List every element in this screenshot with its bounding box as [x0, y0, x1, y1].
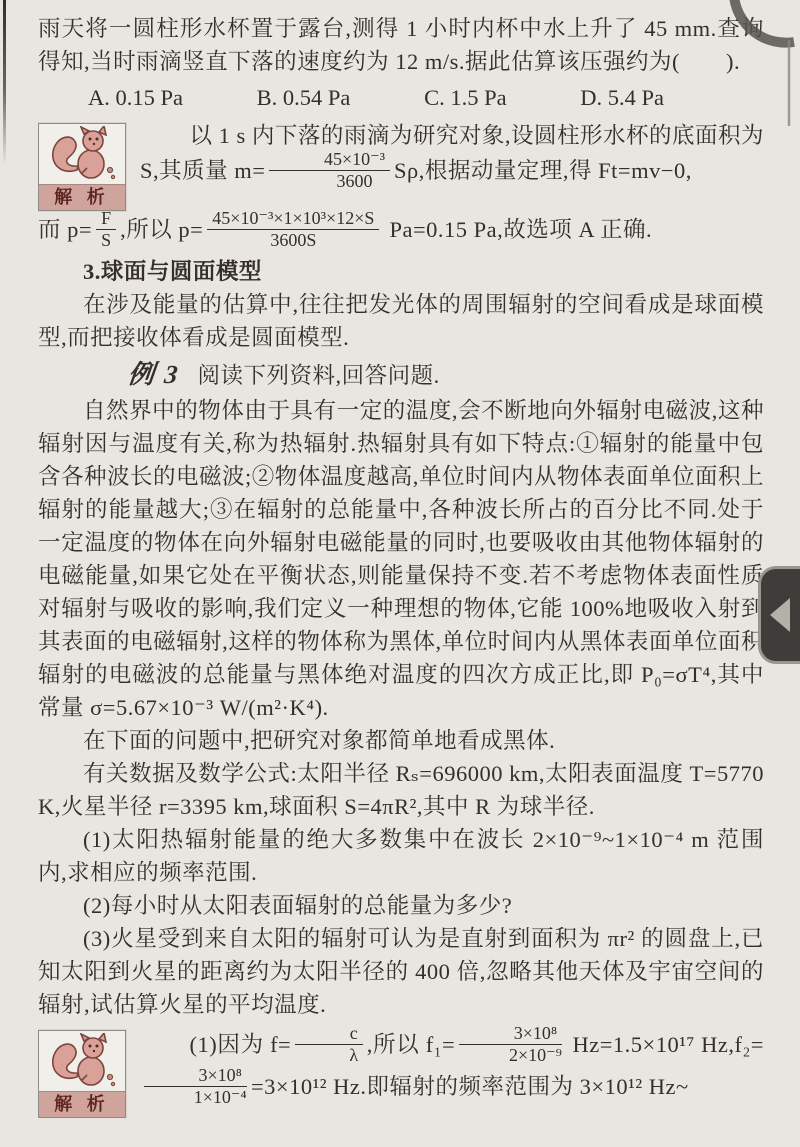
- page-content: 雨天将一圆柱形水杯置于露台,测得 1 小时内杯中水上升了 45 mm.查询得知,…: [0, 0, 800, 1118]
- scan-spine-line: [3, 0, 6, 165]
- analysis-label: 解 析: [39, 1091, 125, 1117]
- prev-page-button[interactable]: [758, 566, 800, 664]
- fraction: 3×10⁸2×10⁻⁹: [459, 1026, 562, 1066]
- question-2: (2)每小时从太阳表面辐射的总能量为多少?: [38, 889, 764, 922]
- section-3-heading: 3.球面与圆面模型: [38, 255, 764, 288]
- fraction: 45×10⁻³×1×10³×12×S3600S: [207, 209, 379, 251]
- section-3-paragraph: 在涉及能量的估算中,往往把发光体的周围辐射的空间看成是球面模型,而把接收体看成是…: [38, 288, 764, 354]
- fraction: cλ: [295, 1026, 363, 1066]
- choice-a: A. 0.15 Pa: [88, 81, 183, 114]
- chevron-left-icon: [770, 598, 790, 632]
- question-3: (3)火星受到来自太阳的辐射可认为是直射到面积为 πr² 的圆盘上,已知太阳到火…: [38, 922, 764, 1021]
- fraction: FS: [96, 209, 116, 251]
- scanned-textbook-page: { "labels": { "analysis": "解 析" }, "icon…: [0, 0, 800, 1147]
- choices-row: A. 0.15 Pa B. 0.54 Pa C. 1.5 Pa D. 5.4 P…: [88, 81, 664, 114]
- fraction: 45×10⁻³3600: [269, 150, 390, 192]
- choice-b: B. 0.54 Pa: [257, 81, 351, 114]
- analysis-box-1: 解 析: [38, 123, 126, 211]
- solution-2-text: (1)因为 f=cλ,所以 f₁=3×10⁸2×10⁻⁹ Hz=1.5×10¹⁷…: [38, 1026, 764, 1110]
- example-3-line: 例 3阅读下列资料,回答问题.: [38, 358, 764, 392]
- solution-1-line-1: 以 1 s 内下落的雨滴为研究对象,设圆柱形水杯的底面积为 S,其质量 m=45…: [38, 119, 764, 194]
- solution-block-2: 解 析 (1)因为 f=cλ,所以 f₁=3×10⁸2×10⁻⁹ Hz=1.5×…: [38, 1026, 764, 1118]
- squirrel-icon: [39, 1031, 125, 1091]
- analysis-label: 解 析: [39, 184, 125, 210]
- example-3-label: 例 3: [81, 358, 181, 391]
- question-1: (1)太阳热辐射能量的绝大多数集中在波长 2×10⁻⁹~1×10⁻⁴ m 范围内…: [38, 823, 764, 889]
- squirrel-icon: [39, 124, 125, 184]
- choice-c: C. 1.5 Pa: [424, 81, 507, 114]
- fraction: 3×10⁸1×10⁻⁴: [144, 1066, 247, 1108]
- reading-paragraph: 自然界中的物体由于具有一定的温度,会不断地向外辐射电磁波,这种辐射因与温度有关,…: [38, 394, 764, 724]
- problem-statement: 雨天将一圆柱形水杯置于露台,测得 1 小时内杯中水上升了 45 mm.查询得知,…: [38, 12, 764, 78]
- example-3-intro: 阅读下列资料,回答问题.: [198, 363, 440, 388]
- data-and-formulas: 有关数据及数学公式:太阳半径 Rₛ=696000 km,太阳表面温度 T=577…: [38, 757, 764, 823]
- choice-d: D. 5.4 Pa: [580, 81, 664, 114]
- blackbody-note: 在下面的问题中,把研究对象都简单地看成黑体.: [38, 724, 764, 757]
- solution-block-1: 解 析 以 1 s 内下落的雨滴为研究对象,设圆柱形水杯的底面积为 S,其质量 …: [38, 119, 764, 253]
- analysis-box-2: 解 析: [38, 1030, 126, 1118]
- solution-1-line-2: 而 p=FS,所以 p=45×10⁻³×1×10³×12×S3600S Pa=0…: [38, 211, 764, 253]
